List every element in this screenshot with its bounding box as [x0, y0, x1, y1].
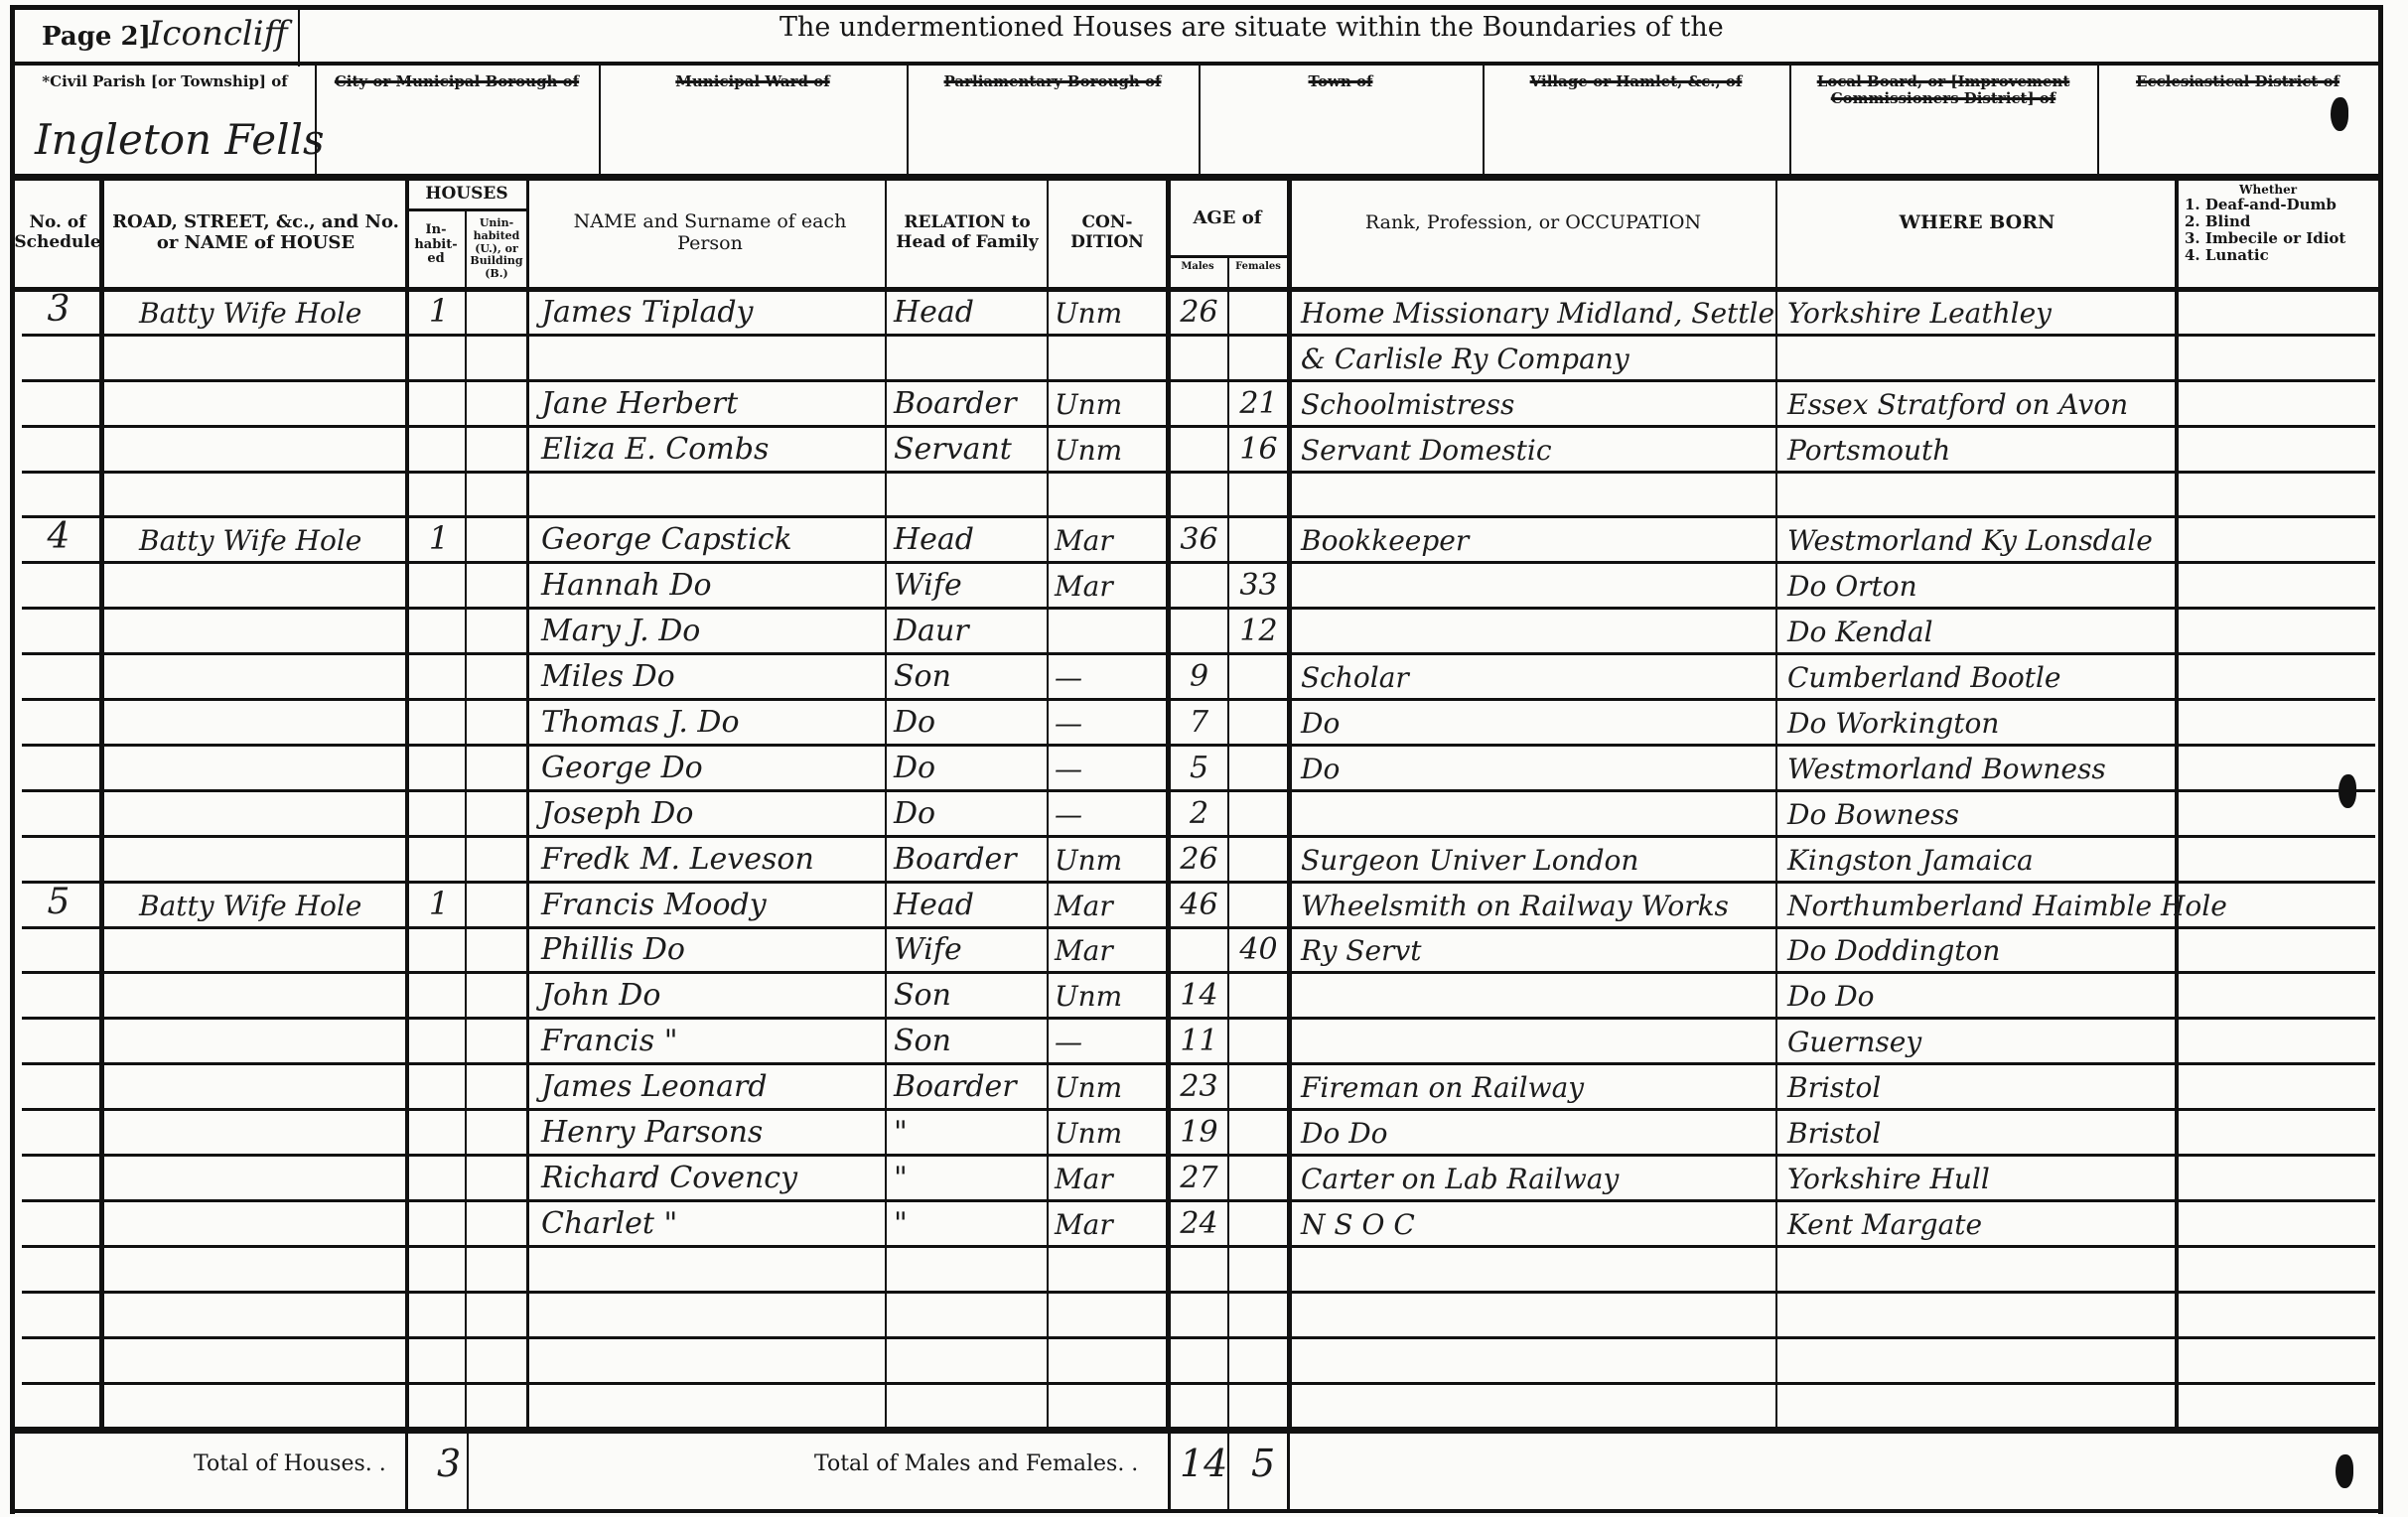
- cell-occupation: Home Missionary Midland, Settle: [1301, 290, 1777, 330]
- total-persons-label: Total of Males and Females. .: [814, 1451, 1138, 1476]
- punch-hole-mark: [2331, 97, 2348, 131]
- cell-schedule: [20, 473, 97, 512]
- cell-condition: [1055, 1247, 1164, 1287]
- boundary-box-0: *Civil Parish [or Township] ofIngleton F…: [15, 66, 315, 175]
- cell-occupation: [1301, 974, 1777, 1014]
- cell-name: John Do: [541, 974, 884, 1014]
- cell-condition: —: [1055, 1019, 1164, 1058]
- cell-where-born: Do Doddington: [1787, 928, 2175, 968]
- cell-name: Phillis Do: [541, 928, 884, 968]
- cell-road: [139, 1247, 402, 1287]
- cell-road: [139, 381, 402, 421]
- header-where-born: WHERE BORN: [1779, 194, 2175, 253]
- cell-schedule: 3: [20, 290, 97, 330]
- cell-condition: Unm: [1055, 290, 1164, 330]
- cell-where-born: Bristol: [1787, 1064, 2175, 1104]
- header-road: ROAD, STREET, &c., and No. or NAME of HO…: [109, 184, 402, 283]
- cell-name: [541, 1384, 884, 1424]
- cell-name: [541, 1293, 884, 1332]
- cell-condition: —: [1055, 654, 1164, 694]
- whether-item: 3. Imbecile or Idiot: [2185, 230, 2345, 247]
- cell-occupation: Do Do: [1301, 1110, 1777, 1150]
- cell-road: [139, 1384, 402, 1424]
- cell-relation: Boarder: [894, 381, 1043, 421]
- cell-occupation: N S O C: [1301, 1201, 1777, 1241]
- cell-female-age: 21: [1231, 381, 1286, 421]
- cell-schedule: [20, 654, 97, 694]
- cell-where-born: Cumberland Bootle: [1787, 654, 2175, 694]
- cell-where-born: Kent Margate: [1787, 1201, 2175, 1241]
- boundary-value: Ingleton Fells: [35, 115, 325, 164]
- cell-female-age: [1231, 1156, 1286, 1195]
- totals-rule-5: [1287, 1430, 1290, 1511]
- header-females: Females: [1228, 256, 1288, 278]
- cell-male-age: 27: [1172, 1156, 1226, 1195]
- header-relation: RELATION to Head of Family: [889, 189, 1046, 278]
- cell-road: [139, 700, 402, 740]
- cell-inhabited: [415, 746, 463, 785]
- cell-condition: Mar: [1055, 518, 1164, 558]
- cell-female-age: [1231, 883, 1286, 922]
- header-males: Males: [1168, 256, 1227, 278]
- page-title: The undermentioned Houses are situate wi…: [779, 12, 1724, 43]
- cell-condition: [1055, 1338, 1164, 1378]
- boundary-label: Village or Hamlet, &c., of: [1483, 73, 1789, 90]
- cell-male-age: [1172, 563, 1226, 603]
- cell-inhabited: [415, 1338, 463, 1378]
- cell-inhabited: [415, 427, 463, 467]
- cell-condition: [1055, 1384, 1164, 1424]
- cell-male-age: 24: [1172, 1201, 1226, 1241]
- cell-condition: Unm: [1055, 381, 1164, 421]
- cell-relation: Wife: [894, 563, 1043, 603]
- cell-male-age: [1172, 928, 1226, 968]
- cell-occupation: Do: [1301, 746, 1777, 785]
- cell-male-age: 9: [1172, 654, 1226, 694]
- cell-name: George Capstick: [541, 518, 884, 558]
- cell-inhabited: [415, 654, 463, 694]
- table-row: Fredk M. LevesonBoarderUnm26Surgeon Univ…: [0, 837, 2408, 883]
- cell-male-age: 14: [1172, 974, 1226, 1014]
- cell-condition: Mar: [1055, 563, 1164, 603]
- cell-female-age: [1231, 974, 1286, 1014]
- whether-item: 4. Lunatic: [2185, 247, 2345, 264]
- cell-schedule: [20, 1201, 97, 1241]
- cell-relation: Do: [894, 746, 1043, 785]
- punch-hole-mark: [2338, 774, 2356, 808]
- cell-name: Fredk M. Leveson: [541, 837, 884, 877]
- cell-relation: [894, 1247, 1043, 1287]
- boundary-box-6: Local Board, or [Improvement Commissione…: [1789, 66, 2097, 175]
- cell-male-age: [1172, 1338, 1226, 1378]
- cell-name: Thomas J. Do: [541, 700, 884, 740]
- boundary-box-3: Parliamentary Borough of: [907, 66, 1199, 175]
- boundary-label: Local Board, or [Improvement Commissione…: [1789, 73, 2097, 107]
- cell-male-age: [1172, 1384, 1226, 1424]
- table-row: Francis "Son—11Guernsey: [0, 1019, 2408, 1064]
- cell-male-age: [1172, 427, 1226, 467]
- cell-occupation: Fireman on Railway: [1301, 1064, 1777, 1104]
- cell-occupation: Bookkeeper: [1301, 518, 1777, 558]
- cell-male-age: 23: [1172, 1064, 1226, 1104]
- table-row: [0, 1384, 2408, 1430]
- total-houses-label: Total of Houses. .: [194, 1451, 386, 1476]
- header-whether-title: Whether: [2239, 183, 2297, 197]
- cell-schedule: [20, 1293, 97, 1332]
- cell-condition: Unm: [1055, 1110, 1164, 1150]
- cell-female-age: [1231, 473, 1286, 512]
- cell-inhabited: [415, 700, 463, 740]
- cell-condition: Mar: [1055, 883, 1164, 922]
- page-annotation: Iconcliff: [149, 14, 288, 54]
- boundary-label: *Civil Parish [or Township] of: [15, 73, 315, 90]
- cell-relation: Head: [894, 518, 1043, 558]
- cell-where-born: [1787, 1384, 2175, 1424]
- table-row: Jane HerbertBoarderUnm21SchoolmistressEs…: [0, 381, 2408, 427]
- boundary-box-5: Village or Hamlet, &c., of: [1483, 66, 1789, 175]
- cell-female-age: 40: [1231, 928, 1286, 968]
- cell-female-age: [1231, 1064, 1286, 1104]
- cell-where-born: Kingston Jamaica: [1787, 837, 2175, 877]
- cell-occupation: [1301, 1384, 1777, 1424]
- cell-schedule: [20, 336, 97, 375]
- cell-male-age: 7: [1172, 700, 1226, 740]
- cell-name: Francis Moody: [541, 883, 884, 922]
- header-name: NAME and Surname of each Person: [556, 194, 864, 273]
- header-occupation: Rank, Profession, or OCCUPATION: [1291, 194, 1775, 253]
- cell-inhabited: [415, 1110, 463, 1150]
- cell-male-age: [1172, 609, 1226, 648]
- cell-inhabited: [415, 1201, 463, 1241]
- cell-female-age: [1231, 746, 1286, 785]
- cell-occupation: [1301, 473, 1777, 512]
- table-row: Richard Covency"Mar27Carter on Lab Railw…: [0, 1156, 2408, 1201]
- cell-male-age: 11: [1172, 1019, 1226, 1058]
- boundary-box-2: Municipal Ward of: [599, 66, 907, 175]
- total-males-value: 14: [1180, 1442, 1227, 1485]
- cell-schedule: [20, 1110, 97, 1150]
- boundary-label: Ecclesiastical District of: [2097, 73, 2378, 90]
- cell-occupation: Scholar: [1301, 654, 1777, 694]
- cell-road: [139, 609, 402, 648]
- cell-where-born: Yorkshire Leathley: [1787, 290, 2175, 330]
- cell-name: Francis ": [541, 1019, 884, 1058]
- header-whether-list: 1. Deaf-and-Dumb2. Blind3. Imbecile or I…: [2185, 197, 2345, 264]
- cell-relation: Wife: [894, 928, 1043, 968]
- table-row: Eliza E. CombsServantUnm16Servant Domest…: [0, 427, 2408, 473]
- cell-condition: Unm: [1055, 837, 1164, 877]
- table-row: Phillis DoWifeMar40Ry ServtDo Doddington: [0, 928, 2408, 974]
- cell-where-born: [1787, 336, 2175, 375]
- totals-rule-4: [1227, 1430, 1229, 1511]
- cell-female-age: 33: [1231, 563, 1286, 603]
- table-row: Hannah DoWifeMar33Do Orton: [0, 563, 2408, 609]
- cell-schedule: [20, 1247, 97, 1287]
- cell-female-age: [1231, 791, 1286, 831]
- table-row: 4Batty Wife Hole1George CapstickHeadMar3…: [0, 518, 2408, 564]
- header-houses: HOUSES: [407, 182, 526, 207]
- cell-road: Batty Wife Hole: [139, 883, 402, 922]
- cell-female-age: [1231, 654, 1286, 694]
- boundaries-row-rule: [10, 174, 2383, 181]
- cell-occupation: [1301, 1019, 1777, 1058]
- cell-male-age: [1172, 473, 1226, 512]
- cell-relation: Son: [894, 1019, 1043, 1058]
- cell-name: Miles Do: [541, 654, 884, 694]
- cell-road: [139, 746, 402, 785]
- cell-inhabited: [415, 1064, 463, 1104]
- cell-schedule: [20, 974, 97, 1014]
- cell-inhabited: [415, 381, 463, 421]
- cell-relation: ": [894, 1156, 1043, 1195]
- cell-where-born: Do Orton: [1787, 563, 2175, 603]
- frame-top: [10, 5, 2383, 10]
- cell-male-age: 26: [1172, 837, 1226, 877]
- cell-relation: Boarder: [894, 837, 1043, 877]
- cell-inhabited: [415, 1384, 463, 1424]
- cell-occupation: & Carlisle Ry Company: [1301, 336, 1777, 375]
- cell-occupation: Wheelsmith on Railway Works: [1301, 883, 1777, 922]
- cell-schedule: [20, 700, 97, 740]
- cell-schedule: 4: [20, 518, 97, 558]
- table-row: Charlet ""Mar24N S O CKent Margate: [0, 1201, 2408, 1247]
- cell-inhabited: [415, 473, 463, 512]
- cell-where-born: Do Workington: [1787, 700, 2175, 740]
- table-row: George DoDo—5DoWestmorland Bowness: [0, 746, 2408, 791]
- cell-inhabited: 1: [415, 883, 463, 922]
- boundary-label: City or Municipal Borough of: [315, 73, 599, 90]
- header-uninhabited: Unin-habited (U.), or Building (B.): [467, 210, 526, 288]
- cell-inhabited: [415, 791, 463, 831]
- table-row: Mary J. DoDaur12Do Kendal: [0, 609, 2408, 654]
- cell-schedule: [20, 1338, 97, 1378]
- cell-inhabited: [415, 1156, 463, 1195]
- boundary-label: Municipal Ward of: [599, 73, 907, 90]
- total-houses-value: 3: [437, 1442, 461, 1485]
- cell-relation: Do: [894, 791, 1043, 831]
- cell-inhabited: [415, 1247, 463, 1287]
- table-row: Joseph DoDo—2Do Bowness: [0, 791, 2408, 837]
- cell-road: [139, 1019, 402, 1058]
- table-row: 3Batty Wife Hole1James TipladyHeadUnm26H…: [0, 290, 2408, 336]
- cell-road: [139, 1110, 402, 1150]
- table-bottom-rule: [10, 1427, 2383, 1434]
- cell-female-age: [1231, 837, 1286, 877]
- cell-female-age: [1231, 518, 1286, 558]
- cell-relation: Boarder: [894, 1064, 1043, 1104]
- cell-where-born: [1787, 1338, 2175, 1378]
- cell-female-age: [1231, 1110, 1286, 1150]
- cell-condition: —: [1055, 700, 1164, 740]
- cell-relation: Head: [894, 290, 1043, 330]
- cell-inhabited: [415, 1293, 463, 1332]
- cell-road: [139, 837, 402, 877]
- cell-where-born: [1787, 1293, 2175, 1332]
- cell-condition: —: [1055, 791, 1164, 831]
- cell-schedule: [20, 563, 97, 603]
- cell-occupation: Schoolmistress: [1301, 381, 1777, 421]
- cell-inhabited: [415, 1019, 463, 1058]
- cell-male-age: 5: [1172, 746, 1226, 785]
- cell-name: Joseph Do: [541, 791, 884, 831]
- totals-rule-1: [405, 1430, 408, 1511]
- cell-occupation: Carter on Lab Railway: [1301, 1156, 1777, 1195]
- cell-where-born: Westmorland Ky Lonsdale: [1787, 518, 2175, 558]
- cell-condition: Unm: [1055, 974, 1164, 1014]
- boundary-label: Parliamentary Borough of: [907, 73, 1199, 90]
- cell-condition: Mar: [1055, 928, 1164, 968]
- cell-inhabited: [415, 837, 463, 877]
- cell-schedule: [20, 427, 97, 467]
- cell-relation: Son: [894, 654, 1043, 694]
- cell-occupation: Servant Domestic: [1301, 427, 1777, 467]
- table-row: Miles DoSon—9ScholarCumberland Bootle: [0, 654, 2408, 700]
- cell-male-age: [1172, 381, 1226, 421]
- cell-schedule: [20, 381, 97, 421]
- cell-schedule: [20, 746, 97, 785]
- table-row: [0, 1293, 2408, 1338]
- cell-occupation: [1301, 1247, 1777, 1287]
- cell-name: James Leonard: [541, 1064, 884, 1104]
- cell-occupation: Ry Servt: [1301, 928, 1777, 968]
- cell-male-age: [1172, 1293, 1226, 1332]
- cell-road: [139, 473, 402, 512]
- cell-schedule: [20, 791, 97, 831]
- cell-road: [139, 1156, 402, 1195]
- boundary-label: Town of: [1199, 73, 1483, 90]
- cell-schedule: [20, 1064, 97, 1104]
- cell-name: James Tiplady: [541, 290, 884, 330]
- cell-female-age: [1231, 336, 1286, 375]
- cell-where-born: [1787, 1247, 2175, 1287]
- cell-schedule: [20, 1384, 97, 1424]
- cell-relation: [894, 473, 1043, 512]
- cell-female-age: [1231, 1201, 1286, 1241]
- cell-schedule: [20, 1019, 97, 1058]
- cell-road: [139, 336, 402, 375]
- cell-occupation: Do: [1301, 700, 1777, 740]
- cell-where-born: Do Kendal: [1787, 609, 2175, 648]
- cell-occupation: [1301, 791, 1777, 831]
- cell-road: [139, 654, 402, 694]
- cell-where-born: Northumberland Haimble Hole: [1787, 883, 2175, 922]
- cell-condition: Mar: [1055, 1201, 1164, 1241]
- cell-where-born: Westmorland Bowness: [1787, 746, 2175, 785]
- cell-where-born: [1787, 473, 2175, 512]
- cell-road: [139, 974, 402, 1014]
- cell-schedule: [20, 609, 97, 648]
- cell-occupation: Surgeon Univer London: [1301, 837, 1777, 877]
- cell-road: [139, 563, 402, 603]
- totals-rule-3: [1168, 1430, 1171, 1511]
- cell-schedule: [20, 1156, 97, 1195]
- cell-schedule: 5: [20, 883, 97, 922]
- houses-subrule: [407, 208, 526, 211]
- cell-name: [541, 473, 884, 512]
- punch-hole-mark: [2336, 1454, 2353, 1488]
- cell-inhabited: 1: [415, 518, 463, 558]
- cell-female-age: 16: [1231, 427, 1286, 467]
- cell-name: [541, 336, 884, 375]
- cell-relation: Son: [894, 974, 1043, 1014]
- cell-road: Batty Wife Hole: [139, 518, 402, 558]
- cell-name: Henry Parsons: [541, 1110, 884, 1150]
- cell-relation: [894, 336, 1043, 375]
- boundary-box-4: Town of: [1199, 66, 1483, 175]
- cell-road: [139, 1293, 402, 1332]
- table-row: Henry Parsons"Unm19Do DoBristol: [0, 1110, 2408, 1156]
- cell-female-age: [1231, 1384, 1286, 1424]
- cell-male-age: 19: [1172, 1110, 1226, 1150]
- frame-bottom: [10, 1509, 2383, 1513]
- cell-name: Eliza E. Combs: [541, 427, 884, 467]
- cell-relation: [894, 1293, 1043, 1332]
- cell-name: [541, 1247, 884, 1287]
- cell-road: [139, 1064, 402, 1104]
- cell-where-born: Guernsey: [1787, 1019, 2175, 1058]
- cell-where-born: Yorkshire Hull: [1787, 1156, 2175, 1195]
- table-row: James LeonardBoarderUnm23Fireman on Rail…: [0, 1064, 2408, 1110]
- cell-road: Batty Wife Hole: [139, 290, 402, 330]
- cell-road: [139, 1201, 402, 1241]
- cell-road: [139, 928, 402, 968]
- cell-female-age: [1231, 1247, 1286, 1287]
- cell-female-age: [1231, 1019, 1286, 1058]
- header-condition: CON-DITION: [1053, 194, 1162, 273]
- cell-name: George Do: [541, 746, 884, 785]
- cell-name: [541, 1338, 884, 1378]
- total-females-value: 5: [1251, 1442, 1275, 1485]
- cell-female-age: [1231, 700, 1286, 740]
- page-label: Page 2]: [42, 22, 151, 52]
- table-row: 5Batty Wife Hole1Francis MoodyHeadMar46W…: [0, 883, 2408, 928]
- cell-condition: [1055, 1293, 1164, 1332]
- cell-inhabited: [415, 974, 463, 1014]
- cell-where-born: Essex Stratford on Avon: [1787, 381, 2175, 421]
- cell-female-age: 12: [1231, 609, 1286, 648]
- cell-male-age: 26: [1172, 290, 1226, 330]
- cell-road: [139, 791, 402, 831]
- cell-relation: ": [894, 1201, 1043, 1241]
- totals-rule-2: [467, 1430, 469, 1511]
- table-row: [0, 1338, 2408, 1384]
- cell-condition: Unm: [1055, 427, 1164, 467]
- cell-where-born: Portsmouth: [1787, 427, 2175, 467]
- table-row: [0, 1247, 2408, 1293]
- cell-name: Charlet ": [541, 1201, 884, 1241]
- cell-female-age: [1231, 1293, 1286, 1332]
- cell-male-age: [1172, 1247, 1226, 1287]
- header-age: AGE of: [1168, 187, 1287, 251]
- cell-inhabited: [415, 609, 463, 648]
- cell-schedule: [20, 928, 97, 968]
- header-schedule: No. of Schedule: [15, 184, 100, 283]
- cell-condition: Mar: [1055, 1156, 1164, 1195]
- cell-inhabited: [415, 928, 463, 968]
- cell-where-born: Bristol: [1787, 1110, 2175, 1150]
- cell-road: [139, 427, 402, 467]
- cell-condition: Unm: [1055, 1064, 1164, 1104]
- cell-male-age: 46: [1172, 883, 1226, 922]
- cell-condition: [1055, 473, 1164, 512]
- cell-relation: [894, 1384, 1043, 1424]
- cell-female-age: [1231, 1338, 1286, 1378]
- cell-occupation: [1301, 1338, 1777, 1378]
- cell-relation: Do: [894, 700, 1043, 740]
- cell-name: Jane Herbert: [541, 381, 884, 421]
- cell-relation: Head: [894, 883, 1043, 922]
- cell-occupation: [1301, 563, 1777, 603]
